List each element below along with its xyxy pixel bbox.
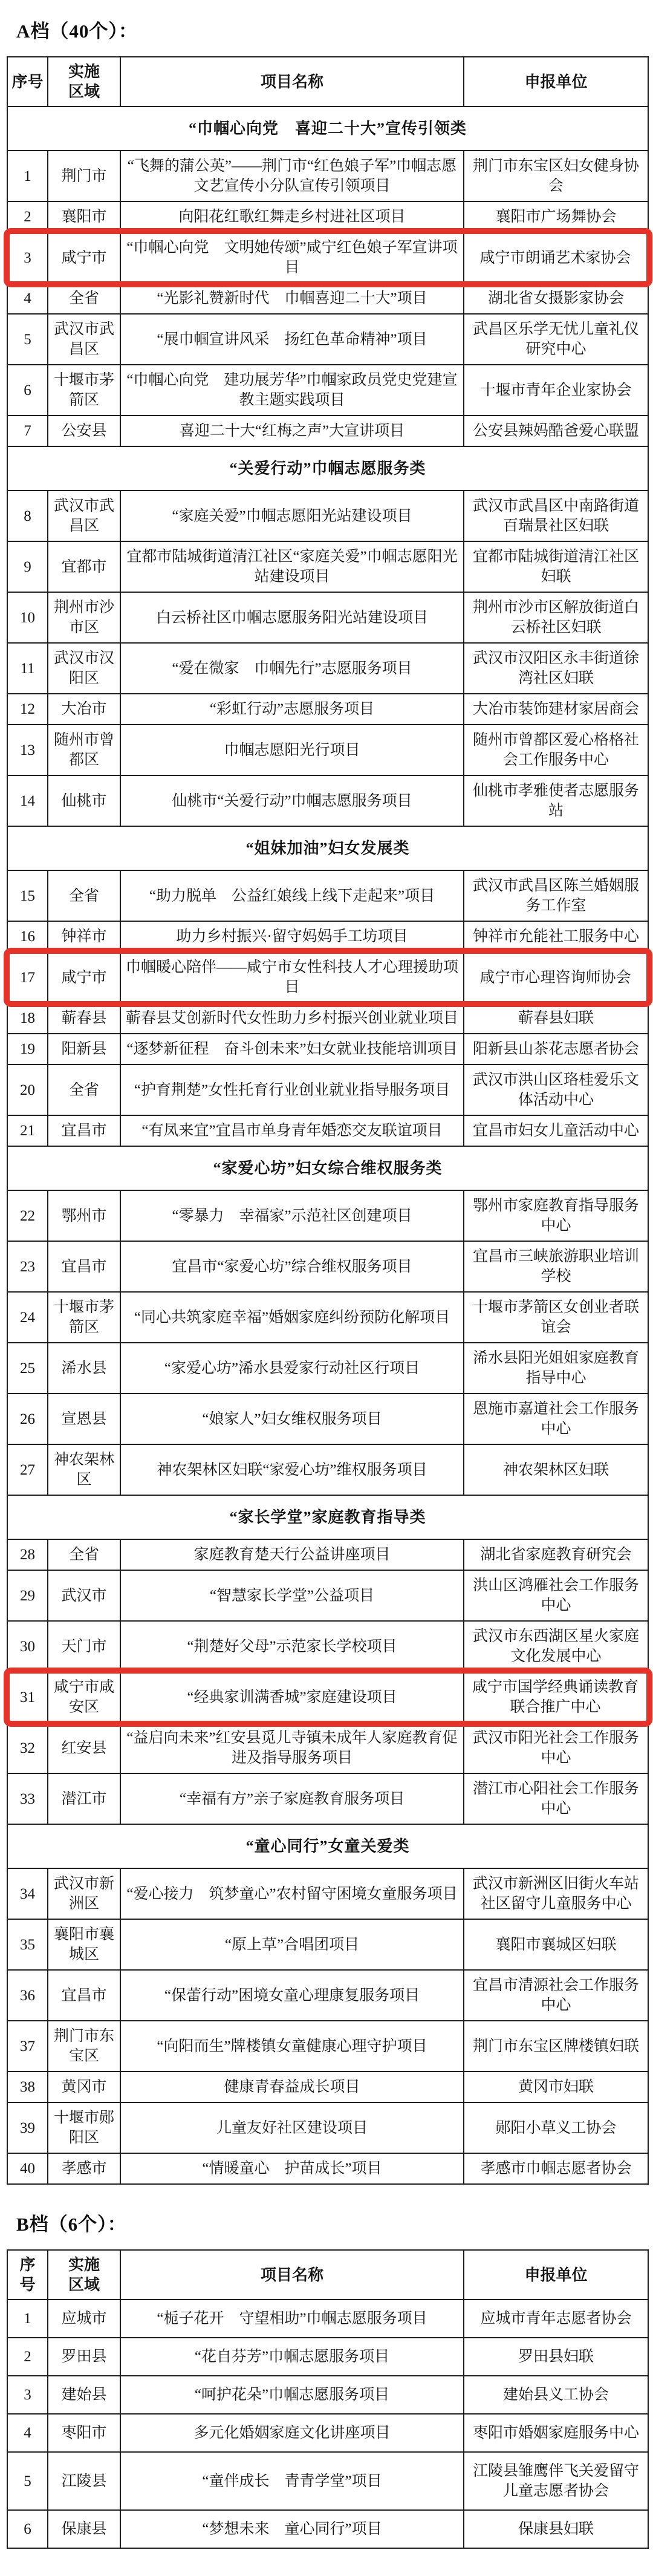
- row-number-cell: 2: [8, 2338, 48, 2375]
- table-row: 5 江陵县 “童伴成长 青青学堂”项目 江陵县雏鹰伴飞关爱留守儿童志愿者协会: [8, 2453, 648, 2511]
- row-number-cell: 40: [8, 2154, 48, 2183]
- project-name-cell: “荆楚好父母”示范家长学校项目: [121, 1622, 464, 1671]
- region-cell: 江陵县: [48, 2453, 121, 2509]
- region-cell: 阳新县: [48, 1034, 121, 1064]
- table-row: 14 仙桃市 仙桃市“关爱行动”巾帼志愿服务项目 仙桃市孝雅使者志愿服务站: [8, 776, 648, 827]
- region-cell: 枣阳市: [48, 2415, 121, 2451]
- unit-cell: 仙桃市孝雅使者志愿服务站: [464, 776, 648, 826]
- project-name-cell: 神农架林区妇联“家爱心坊”维权服务项目: [121, 1445, 464, 1495]
- project-name-cell: “娘家人”妇女维权服务项目: [121, 1394, 464, 1444]
- project-name-cell: 白云桥社区巾帼志愿服务阳光站建设项目: [121, 593, 464, 642]
- row-number-cell: 4: [8, 284, 48, 313]
- region-cell: 仙桃市: [48, 776, 121, 826]
- row-number-cell: 37: [8, 2021, 48, 2071]
- project-name-cell: “家爱心坊”浠水县爱家行动社区行项目: [121, 1343, 464, 1393]
- row-number-cell: 39: [8, 2103, 48, 2153]
- unit-cell: 洪山区鸿雁社会工作服务中心: [464, 1571, 648, 1620]
- unit-cell: 恩施市嘉道社会工作服务中心: [464, 1394, 648, 1444]
- header-region: 实施 区域: [48, 57, 121, 106]
- header-row-number: 序号: [8, 57, 48, 106]
- header-region: 实施 区域: [48, 2251, 121, 2299]
- region-cell: 荆门市东宝区: [48, 2021, 121, 2071]
- project-name-cell: 儿童友好社区建设项目: [121, 2103, 464, 2153]
- unit-cell: 襄阳市襄城区妇联: [464, 1920, 648, 1969]
- unit-cell: 阳新县山茶花志愿者协会: [464, 1034, 648, 1064]
- unit-cell: 武汉市武昌区陈兰婚姻服务工作室: [464, 871, 648, 921]
- row-number-cell: 8: [8, 491, 48, 541]
- project-name-cell: “护育荆楚”女性托育行业创业就业指导服务项目: [121, 1065, 464, 1115]
- row-number-cell: 33: [8, 1774, 48, 1824]
- unit-cell: 荆门市东宝区牌楼镇妇联: [464, 2021, 648, 2071]
- region-cell: 宜昌市: [48, 1116, 121, 1146]
- project-name-cell: 多元化婚姻家庭文化讲座项目: [121, 2415, 464, 2451]
- project-name-cell: 助力乡村振兴·留守妈妈手工坊项目: [121, 922, 464, 951]
- region-cell: 鄂州市: [48, 1191, 121, 1241]
- project-name-cell: 家庭教育楚天行公益讲座项目: [121, 1540, 464, 1570]
- row-number-cell: 38: [8, 2072, 48, 2102]
- region-cell: 武汉市汉阳区: [48, 644, 121, 693]
- table-header-row: 序 号 实施 区域 项目名称 申报单位: [8, 2251, 648, 2300]
- unit-cell: 武汉市阳光社会工作服务中心: [464, 1723, 648, 1773]
- row-number-cell: 12: [8, 694, 48, 724]
- category-row: “家爱心坊”妇女综合维权服务类: [8, 1147, 648, 1191]
- table-row: 24 十堰市茅箭区 “同心共筑家庭幸福”婚姻家庭纠纷预防化解项目 十堰市茅箭区女…: [8, 1293, 648, 1343]
- project-name-cell: 宜都市陆城街道清江社区“家庭关爱”巾帼志愿阳光站建设项目: [121, 542, 464, 592]
- row-number-cell: 7: [8, 416, 48, 446]
- project-name-cell: “爱在微家 巾帼先行”志愿服务项目: [121, 644, 464, 693]
- highlighted-table-row: 17 咸宁市 巾帼暖心陪伴——咸宁市女性科技人才心理援助项目 咸宁市心理咨询师协…: [8, 953, 648, 1003]
- project-name-cell: “同心共筑家庭幸福”婚姻家庭纠纷预防化解项目: [121, 1293, 464, 1342]
- project-name-cell: “家庭关爱”巾帼志愿阳光站建设项目: [121, 491, 464, 541]
- tier-b-title: B档（6个）：: [16, 2205, 653, 2249]
- project-name-cell: “益启向未来”红安县觅儿寺镇未成年人家庭教育促进及指导服务项目: [121, 1723, 464, 1773]
- category-title: “家长学堂”家庭教育指导类: [8, 1496, 648, 1539]
- region-cell: 全省: [48, 1065, 121, 1115]
- unit-cell: 武汉市东西湖区星火家庭文化发展中心: [464, 1622, 648, 1671]
- table-row: 7 公安县 喜迎二十大“红梅之声”大宣讲项目 公安县辣妈酷爸爱心联盟: [8, 416, 648, 447]
- region-cell: 襄阳市襄城区: [48, 1920, 121, 1969]
- unit-cell: 宜都市陆城街道清江社区妇联: [464, 542, 648, 592]
- region-cell: 全省: [48, 871, 121, 921]
- table-row: 4 全省 “光影礼赞新时代 巾帼喜迎二十大”项目 湖北省女摄影家协会: [8, 284, 648, 315]
- project-name-cell: “经典家训满香城”家庭建设项目: [121, 1672, 464, 1722]
- unit-cell: 武汉市新洲区旧街火车站社区留守儿童服务中心: [464, 1869, 648, 1919]
- project-name-cell: “花自芬芳”巾帼志愿服务项目: [121, 2338, 464, 2375]
- project-name-cell: “向阳而生”牌楼镇女童健康心理守护项目: [121, 2021, 464, 2071]
- table-row: 26 宣恩县 “娘家人”妇女维权服务项目 恩施市嘉道社会工作服务中心: [8, 1394, 648, 1445]
- category-row: “童心同行”女童关爱类: [8, 1825, 648, 1869]
- unit-cell: 湖北省家庭教育研究会: [464, 1540, 648, 1570]
- region-cell: 宣恩县: [48, 1394, 121, 1444]
- region-cell: 公安县: [48, 416, 121, 446]
- project-name-cell: “情暖童心 护苗成长”项目: [121, 2154, 464, 2183]
- table-row: 1 荆门市 “飞舞的蒲公英”——荆门市“红色娘子军”巾帼志愿文艺宣传小分队宣传引…: [8, 151, 648, 202]
- table-row: 3 建始县 “呵护花朵”巾帼志愿服务项目 建始县义工协会: [8, 2376, 648, 2415]
- region-cell: 全省: [48, 1540, 121, 1570]
- region-cell: 随州市曾都区: [48, 725, 121, 775]
- row-number-cell: 6: [8, 2511, 48, 2548]
- table-row: 13 随州市曾都区 巾帼志愿阳光行项目 随州市曾都区爱心格格社会工作服务中心: [8, 725, 648, 776]
- table-row: 16 钟祥市 助力乡村振兴·留守妈妈手工坊项目 钟祥市允能社工服务中心: [8, 922, 648, 953]
- region-cell: 建始县: [48, 2376, 121, 2413]
- unit-cell: 鄂州市家庭教育指导服务中心: [464, 1191, 648, 1241]
- project-name-cell: “巾帼心向党 文明她传颂”咸宁红色娘子军宣讲项目: [121, 233, 464, 282]
- table-row: 2 罗田县 “花自芬芳”巾帼志愿服务项目 罗田县妇联: [8, 2338, 648, 2376]
- table-row: 22 鄂州市 “零暴力 幸福家”示范社区创建项目 鄂州市家庭教育指导服务中心: [8, 1191, 648, 1242]
- row-number-cell: 29: [8, 1571, 48, 1620]
- row-number-cell: 28: [8, 1540, 48, 1570]
- tier-b-table: 序 号 实施 区域 项目名称 申报单位 1 应城市 “栀子花开 守望相助”巾帼志…: [7, 2249, 649, 2549]
- project-name-cell: “助力脱单 公益红娘线上线下走起来”项目: [121, 871, 464, 921]
- table-row: 36 宜昌市 “保蕾行动”困境女童心理康复服务项目 宜昌市清源社会工作服务中心: [8, 1971, 648, 2021]
- region-cell: 天门市: [48, 1622, 121, 1671]
- unit-cell: 咸宁市心理咨询师协会: [464, 953, 648, 1002]
- region-cell: 咸宁市: [48, 953, 121, 1002]
- table-row: 35 襄阳市襄城区 “原上草”合唱团项目 襄阳市襄城区妇联: [8, 1920, 648, 1971]
- row-number-cell: 34: [8, 1869, 48, 1919]
- table-row: 18 蕲春县 蕲春县艾创新时代女性助力乡村振兴创业就业项目 蕲春县妇联: [8, 1003, 648, 1034]
- project-name-cell: “梦想未来 童心同行”项目: [121, 2511, 464, 2548]
- project-name-cell: “零暴力 幸福家”示范社区创建项目: [121, 1191, 464, 1241]
- header-row-number: 序 号: [8, 2251, 48, 2299]
- table-row: 6 保康县 “梦想未来 童心同行”项目 保康县妇联: [8, 2511, 648, 2548]
- category-title: “巾帼心向党 喜迎二十大”宣传引领类: [8, 107, 648, 150]
- region-cell: 武汉市新洲区: [48, 1869, 121, 1919]
- region-cell: 潜江市: [48, 1774, 121, 1824]
- table-row: 10 荆州市沙市区 白云桥社区巾帼志愿服务阳光站建设项目 荆州市沙市区解放街道白…: [8, 593, 648, 644]
- region-cell: 咸宁市: [48, 233, 121, 282]
- row-number-cell: 2: [8, 202, 48, 232]
- unit-cell: 武汉市洪山区珞桂爱乐文体活动中心: [464, 1065, 648, 1115]
- table-row: 27 神农架林区 神农架林区妇联“家爱心坊”维权服务项目 神农架林区妇联: [8, 1445, 648, 1496]
- unit-cell: 襄阳市广场舞协会: [464, 202, 648, 232]
- project-name-cell: “彩虹行动”志愿服务项目: [121, 694, 464, 724]
- header-unit: 申报单位: [464, 57, 648, 106]
- row-number-cell: 20: [8, 1065, 48, 1115]
- unit-cell: 十堰市茅箭区女创业者联谊会: [464, 1293, 648, 1342]
- row-number-cell: 11: [8, 644, 48, 693]
- region-cell: 红安县: [48, 1723, 121, 1773]
- category-title: “童心同行”女童关爱类: [8, 1825, 648, 1868]
- unit-cell: 咸宁市国学经典诵读教育联合推广中心: [464, 1672, 648, 1722]
- highlighted-table-row: 3 咸宁市 “巾帼心向党 文明她传颂”咸宁红色娘子军宣讲项目 咸宁市朗诵艺术家协…: [8, 233, 648, 284]
- unit-cell: 蕲春县妇联: [464, 1003, 648, 1033]
- unit-cell: 武汉市武昌区中南路街道百瑞景社区妇联: [464, 491, 648, 541]
- project-name-cell: “保蕾行动”困境女童心理康复服务项目: [121, 1971, 464, 2020]
- unit-cell: 武汉市汉阳区永丰街道徐湾社区妇联: [464, 644, 648, 693]
- table-row: 15 全省 “助力脱单 公益红娘线上线下走起来”项目 武汉市武昌区陈兰婚姻服务工…: [8, 871, 648, 922]
- region-cell: 蕲春县: [48, 1003, 121, 1033]
- region-cell: 十堰市茅箭区: [48, 365, 121, 415]
- table-row: 29 武汉市 “智慧家长学堂”公益项目 洪山区鸿雁社会工作服务中心: [8, 1571, 648, 1622]
- region-cell: 襄阳市: [48, 202, 121, 232]
- table-row: 12 大冶市 “彩虹行动”志愿服务项目 大冶市装饰建材家居商会: [8, 694, 648, 725]
- table-row: 6 十堰市茅箭区 “巾帼心向党 建功展芳华”巾帼家政员党史党建宣教主题实践项目 …: [8, 365, 648, 416]
- project-name-cell: “栀子花开 守望相助”巾帼志愿服务项目: [121, 2300, 464, 2337]
- row-number-cell: 5: [8, 2453, 48, 2509]
- unit-cell: 十堰市青年企业家协会: [464, 365, 648, 415]
- region-cell: 浠水县: [48, 1343, 121, 1393]
- region-cell: 大冶市: [48, 694, 121, 724]
- unit-cell: 宜昌市妇女儿童活动中心: [464, 1116, 648, 1146]
- project-name-cell: 健康青春益成长项目: [121, 2072, 464, 2102]
- row-number-cell: 3: [8, 2376, 48, 2413]
- project-name-cell: “飞舞的蒲公英”——荆门市“红色娘子军”巾帼志愿文艺宣传小分队宣传引领项目: [121, 151, 464, 201]
- table-row: 32 红安县 “益启向未来”红安县觅儿寺镇未成年人家庭教育促进及指导服务项目 武…: [8, 1723, 648, 1774]
- row-number-cell: 9: [8, 542, 48, 592]
- row-number-cell: 1: [8, 151, 48, 201]
- region-cell: 武汉市: [48, 1571, 121, 1620]
- category-row: “巾帼心向党 喜迎二十大”宣传引领类: [8, 107, 648, 151]
- table-row: 4 枣阳市 多元化婚姻家庭文化讲座项目 枣阳市婚姻家庭服务中心: [8, 2415, 648, 2453]
- category-title: “关爱行动”巾帼志愿服务类: [8, 447, 648, 490]
- category-row: “关爱行动”巾帼志愿服务类: [8, 447, 648, 491]
- region-cell: 荆门市: [48, 151, 121, 201]
- region-cell: 宜都市: [48, 542, 121, 592]
- row-number-cell: 30: [8, 1622, 48, 1671]
- highlighted-table-row: 31 咸宁市咸安区 “经典家训满香城”家庭建设项目 咸宁市国学经典诵读教育联合推…: [8, 1672, 648, 1723]
- project-name-cell: “有凤来宜”宜昌市单身青年婚恋交友联谊项目: [121, 1116, 464, 1146]
- row-number-cell: 6: [8, 365, 48, 415]
- region-cell: 宜昌市: [48, 1242, 121, 1291]
- table-row: 5 武汉市武昌区 “展巾帼宣讲风采 扬红色革命精神”项目 武昌区乐学无忧儿童礼仪…: [8, 315, 648, 365]
- row-number-cell: 36: [8, 1971, 48, 2020]
- project-name-cell: “光影礼赞新时代 巾帼喜迎二十大”项目: [121, 284, 464, 313]
- unit-cell: 公安县辣妈酷爸爱心联盟: [464, 416, 648, 446]
- table-row: 20 全省 “护育荆楚”女性托育行业创业就业指导服务项目 武汉市洪山区珞桂爱乐文…: [8, 1065, 648, 1116]
- table-row: 28 全省 家庭教育楚天行公益讲座项目 湖北省家庭教育研究会: [8, 1540, 648, 1571]
- category-title: “姐妹加油”妇女发展类: [8, 827, 648, 870]
- region-cell: 保康县: [48, 2511, 121, 2548]
- table-row: 25 浠水县 “家爱心坊”浠水县爱家行动社区行项目 浠水县阳光姐姐家庭教育指导中…: [8, 1343, 648, 1394]
- table-row: 34 武汉市新洲区 “爱心接力 筑梦童心”农村留守困境女童服务项目 武汉市新洲区…: [8, 1869, 648, 1920]
- unit-cell: 咸宁市朗诵艺术家协会: [464, 233, 648, 282]
- region-cell: 钟祥市: [48, 922, 121, 951]
- table-row: 39 十堰市郧阳区 儿童友好社区建设项目 郧阳小草义工协会: [8, 2103, 648, 2154]
- unit-cell: 随州市曾都区爱心格格社会工作服务中心: [464, 725, 648, 775]
- region-cell: 应城市: [48, 2300, 121, 2337]
- table-row: 33 潜江市 “幸福有方”亲子家庭教育服务项目 潜江市心阳社会工作服务中心: [8, 1774, 648, 1825]
- category-row: “家长学堂”家庭教育指导类: [8, 1496, 648, 1540]
- region-cell: 武汉市武昌区: [48, 315, 121, 364]
- category-row: “姐妹加油”妇女发展类: [8, 827, 648, 871]
- row-number-cell: 23: [8, 1242, 48, 1291]
- row-number-cell: 4: [8, 2415, 48, 2451]
- project-name-cell: “展巾帼宣讲风采 扬红色革命精神”项目: [121, 315, 464, 364]
- row-number-cell: 32: [8, 1723, 48, 1773]
- tier-a-table: 序号 实施 区域 项目名称 申报单位 “巾帼心向党 喜迎二十大”宣传引领类 1 …: [7, 56, 649, 2185]
- project-name-cell: “巾帼心向党 建功展芳华”巾帼家政员党史党建宣教主题实践项目: [121, 365, 464, 415]
- unit-cell: 黄冈市妇联: [464, 2072, 648, 2102]
- table-row: 9 宜都市 宜都市陆城街道清江社区“家庭关爱”巾帼志愿阳光站建设项目 宜都市陆城…: [8, 542, 648, 593]
- header-unit: 申报单位: [464, 2251, 648, 2299]
- unit-cell: 潜江市心阳社会工作服务中心: [464, 1774, 648, 1824]
- row-number-cell: 14: [8, 776, 48, 826]
- unit-cell: 枣阳市婚姻家庭服务中心: [464, 2415, 648, 2451]
- table-row: 23 宜昌市 宜昌市“家爱心坊”综合维权服务项目 宜昌市三峡旅游职业培训学校: [8, 1242, 648, 1293]
- project-name-cell: 仙桃市“关爱行动”巾帼志愿服务项目: [121, 776, 464, 826]
- unit-cell: 荆门市东宝区妇女健身协会: [464, 151, 648, 201]
- region-cell: 咸宁市咸安区: [48, 1672, 121, 1722]
- row-number-cell: 22: [8, 1191, 48, 1241]
- row-number-cell: 25: [8, 1343, 48, 1393]
- row-number-cell: 19: [8, 1034, 48, 1064]
- unit-cell: 保康县妇联: [464, 2511, 648, 2548]
- table-row: 38 黄冈市 健康青春益成长项目 黄冈市妇联: [8, 2072, 648, 2103]
- table-row: 11 武汉市汉阳区 “爱在微家 巾帼先行”志愿服务项目 武汉市汉阳区永丰街道徐湾…: [8, 644, 648, 694]
- row-number-cell: 31: [8, 1672, 48, 1722]
- region-cell: 罗田县: [48, 2338, 121, 2375]
- unit-cell: 宜昌市清源社会工作服务中心: [464, 1971, 648, 2020]
- unit-cell: 罗田县妇联: [464, 2338, 648, 2375]
- project-name-cell: 喜迎二十大“红梅之声”大宣讲项目: [121, 416, 464, 446]
- project-name-cell: “智慧家长学堂”公益项目: [121, 1571, 464, 1620]
- region-cell: 十堰市郧阳区: [48, 2103, 121, 2153]
- project-name-cell: “呵护花朵”巾帼志愿服务项目: [121, 2376, 464, 2413]
- row-number-cell: 15: [8, 871, 48, 921]
- region-cell: 十堰市茅箭区: [48, 1293, 121, 1342]
- row-number-cell: 16: [8, 922, 48, 951]
- table-row: 40 孝感市 “情暖童心 护苗成长”项目 孝感市巾帼志愿者协会: [8, 2154, 648, 2183]
- project-name-cell: 巾帼志愿阳光行项目: [121, 725, 464, 775]
- unit-cell: 郧阳小草义工协会: [464, 2103, 648, 2153]
- project-name-cell: “原上草”合唱团项目: [121, 1920, 464, 1969]
- table-row: 8 武汉市武昌区 “家庭关爱”巾帼志愿阳光站建设项目 武汉市武昌区中南路街道百瑞…: [8, 491, 648, 542]
- unit-cell: 应城市青年志愿者协会: [464, 2300, 648, 2337]
- unit-cell: 荆州市沙市区解放街道白云桥社区妇联: [464, 593, 648, 642]
- project-name-cell: 宜昌市“家爱心坊”综合维权服务项目: [121, 1242, 464, 1291]
- region-cell: 黄冈市: [48, 2072, 121, 2102]
- row-number-cell: 3: [8, 233, 48, 282]
- table-row: 21 宜昌市 “有凤来宜”宜昌市单身青年婚恋交友联谊项目 宜昌市妇女儿童活动中心: [8, 1116, 648, 1147]
- region-cell: 宜昌市: [48, 1971, 121, 2020]
- table-row: 19 阳新县 “逐梦新征程 奋斗创未来”妇女就业技能培训项目 阳新县山茶花志愿者…: [8, 1034, 648, 1065]
- row-number-cell: 26: [8, 1394, 48, 1444]
- row-number-cell: 1: [8, 2300, 48, 2337]
- tier-a-title: A档（40个）：: [16, 12, 653, 56]
- table-row: 30 天门市 “荆楚好父母”示范家长学校项目 武汉市东西湖区星火家庭文化发展中心: [8, 1622, 648, 1672]
- unit-cell: 浠水县阳光姐姐家庭教育指导中心: [464, 1343, 648, 1393]
- unit-cell: 武昌区乐学无忧儿童礼仪研究中心: [464, 315, 648, 364]
- region-cell: 孝感市: [48, 2154, 121, 2183]
- unit-cell: 湖北省女摄影家协会: [464, 284, 648, 313]
- project-name-cell: “幸福有方”亲子家庭教育服务项目: [121, 1774, 464, 1824]
- unit-cell: 宜昌市三峡旅游职业培训学校: [464, 1242, 648, 1291]
- unit-cell: 大冶市装饰建材家居商会: [464, 694, 648, 724]
- project-name-cell: “童伴成长 青青学堂”项目: [121, 2453, 464, 2509]
- row-number-cell: 10: [8, 593, 48, 642]
- table-header-row: 序号 实施 区域 项目名称 申报单位: [8, 57, 648, 107]
- row-number-cell: 5: [8, 315, 48, 364]
- unit-cell: 江陵县雏鹰伴飞关爱留守儿童志愿者协会: [464, 2453, 648, 2509]
- table-row: 1 应城市 “栀子花开 守望相助”巾帼志愿服务项目 应城市青年志愿者协会: [8, 2300, 648, 2338]
- project-name-cell: “逐梦新征程 奋斗创未来”妇女就业技能培训项目: [121, 1034, 464, 1064]
- row-number-cell: 18: [8, 1003, 48, 1033]
- row-number-cell: 21: [8, 1116, 48, 1146]
- project-name-cell: 向阳花红歌红舞走乡村进社区项目: [121, 202, 464, 232]
- project-name-cell: 蕲春县艾创新时代女性助力乡村振兴创业就业项目: [121, 1003, 464, 1033]
- row-number-cell: 17: [8, 953, 48, 1002]
- row-number-cell: 35: [8, 1920, 48, 1969]
- region-cell: 全省: [48, 284, 121, 313]
- header-project-name: 项目名称: [121, 2251, 464, 2299]
- category-title: “家爱心坊”妇女综合维权服务类: [8, 1147, 648, 1190]
- project-name-cell: 巾帼暖心陪伴——咸宁市女性科技人才心理援助项目: [121, 953, 464, 1002]
- region-cell: 神农架林区: [48, 1445, 121, 1495]
- header-project-name: 项目名称: [121, 57, 464, 106]
- project-name-cell: “爱心接力 筑梦童心”农村留守困境女童服务项目: [121, 1869, 464, 1919]
- unit-cell: 钟祥市允能社工服务中心: [464, 922, 648, 951]
- unit-cell: 神农架林区妇联: [464, 1445, 648, 1495]
- unit-cell: 孝感市巾帼志愿者协会: [464, 2154, 648, 2183]
- row-number-cell: 27: [8, 1445, 48, 1495]
- unit-cell: 建始县义工协会: [464, 2376, 648, 2413]
- row-number-cell: 24: [8, 1293, 48, 1342]
- document: A档（40个）： 序号 实施 区域 项目名称 申报单位 “巾帼心向党 喜迎二十大…: [0, 0, 653, 2549]
- table-row: 37 荆门市东宝区 “向阳而生”牌楼镇女童健康心理守护项目 荆门市东宝区牌楼镇妇…: [8, 2021, 648, 2072]
- row-number-cell: 13: [8, 725, 48, 775]
- region-cell: 武汉市武昌区: [48, 491, 121, 541]
- region-cell: 荆州市沙市区: [48, 593, 121, 642]
- table-row: 2 襄阳市 向阳花红歌红舞走乡村进社区项目 襄阳市广场舞协会: [8, 202, 648, 233]
